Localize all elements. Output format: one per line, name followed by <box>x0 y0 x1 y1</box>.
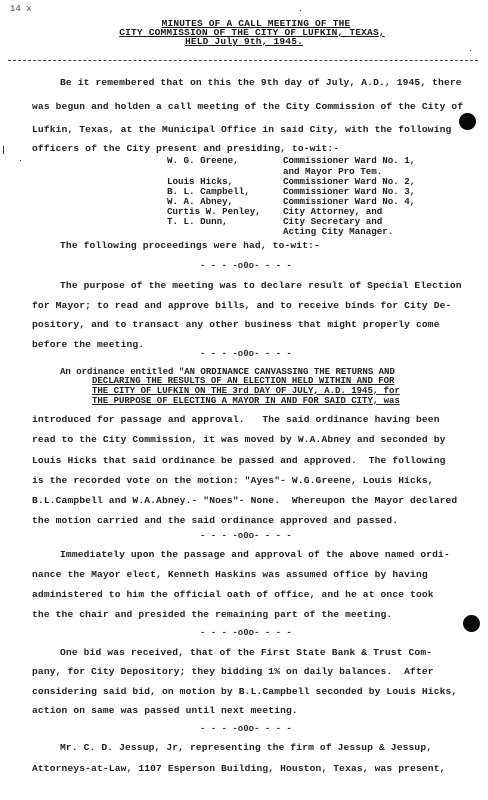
officer-name: T. L. Dunn, <box>167 216 228 227</box>
bid-line-3: considering said bid, on motion by B.L.C… <box>32 686 457 698</box>
scan-artifact <box>3 146 4 154</box>
ordinance-body-line-2: read to the City Commission, it was move… <box>32 434 446 446</box>
ordinance-body-line-5: B.L.Campbell and W.A.Abney.- "Noes"- Non… <box>32 495 457 507</box>
opening-line-4: officers of the City present and presidi… <box>32 143 339 155</box>
mayor-line-3: administered to him the official oath of… <box>32 589 434 601</box>
bid-line-1: One bid was received, that of the First … <box>60 647 432 659</box>
opening-line-1: Be it remembered that on this the 9th da… <box>60 77 462 89</box>
jessup-line-1: Mr. C. D. Jessup, Jr, representing the f… <box>60 742 432 754</box>
bid-line-2: pany, for City Depository; they bidding … <box>32 666 434 678</box>
mayor-line-4: the the chair and presided the remaining… <box>32 609 392 621</box>
ordinance-body-line-6: the motion carried and the said ordinanc… <box>32 515 398 527</box>
proceedings-intro: The following proceedings were had, to-w… <box>60 240 320 252</box>
purpose-line-2: for Mayor; to read and approve bills, an… <box>32 300 451 312</box>
binder-punch-hole-icon <box>459 113 476 130</box>
purpose-line-1: The purpose of the meeting was to declar… <box>60 280 462 292</box>
opening-line-3: Lufkin, Texas, at the Municipal Office i… <box>32 124 451 136</box>
jessup-line-2: Attorneys-at-Law, 1107 Esperson Building… <box>32 763 446 775</box>
section-separator: - - - -o0o- - - - <box>200 349 292 359</box>
binder-punch-hole-icon <box>463 615 480 632</box>
ordinance-body-line-3: Louis Hicks that said ordinance be passe… <box>32 455 446 467</box>
ordinance-body-line-1: introduced for passage and approval. The… <box>32 414 440 426</box>
purpose-line-3: pository, and to transact any other busi… <box>32 319 440 331</box>
handwritten-page-mark: 14 x <box>10 4 32 14</box>
mayor-line-1: Immediately upon the passage and approva… <box>60 549 450 561</box>
mayor-line-2: nance the Mayor elect, Kenneth Haskins w… <box>32 569 428 581</box>
officer-name: W. G. Greene, <box>167 155 239 166</box>
officer-title: Acting City Manager. <box>283 226 393 237</box>
ordinance-title-line-3: THE PURPOSE OF ELECTING A MAYOR IN AND F… <box>92 396 400 406</box>
bid-line-4: action on same was passed until next mee… <box>32 705 298 717</box>
document-title-line-3: HELD July 9th, 1945. <box>0 37 488 47</box>
section-separator: - - - -o0o- - - - <box>200 261 292 271</box>
scan-artifact <box>300 10 301 11</box>
ordinance-title-line-1: DECLARING THE RESULTS OF AN ELECTION HEL… <box>92 376 394 386</box>
ordinance-body-line-4: is the recorded vote on the motion: "Aye… <box>32 475 434 487</box>
section-separator: - - - -o0o- - - - <box>200 724 292 734</box>
opening-line-2: was begun and holden a call meeting of t… <box>32 101 463 113</box>
purpose-line-4: before the meeting. <box>32 339 144 351</box>
document-page: 14 x MINUTES OF A CALL MEETING OF THE CI… <box>0 0 488 800</box>
section-separator: - - - -o0o- - - - <box>200 531 292 541</box>
officer-title: Commissioner Ward No. 1, <box>283 155 415 166</box>
section-separator: - - - -o0o- - - - <box>200 628 292 638</box>
header-divider <box>8 60 478 61</box>
scan-artifact <box>470 50 471 51</box>
ordinance-title-line-2: THE CITY OF LUFKIN ON THE 3rd DAY OF JUL… <box>92 386 400 396</box>
scan-artifact <box>20 160 21 161</box>
